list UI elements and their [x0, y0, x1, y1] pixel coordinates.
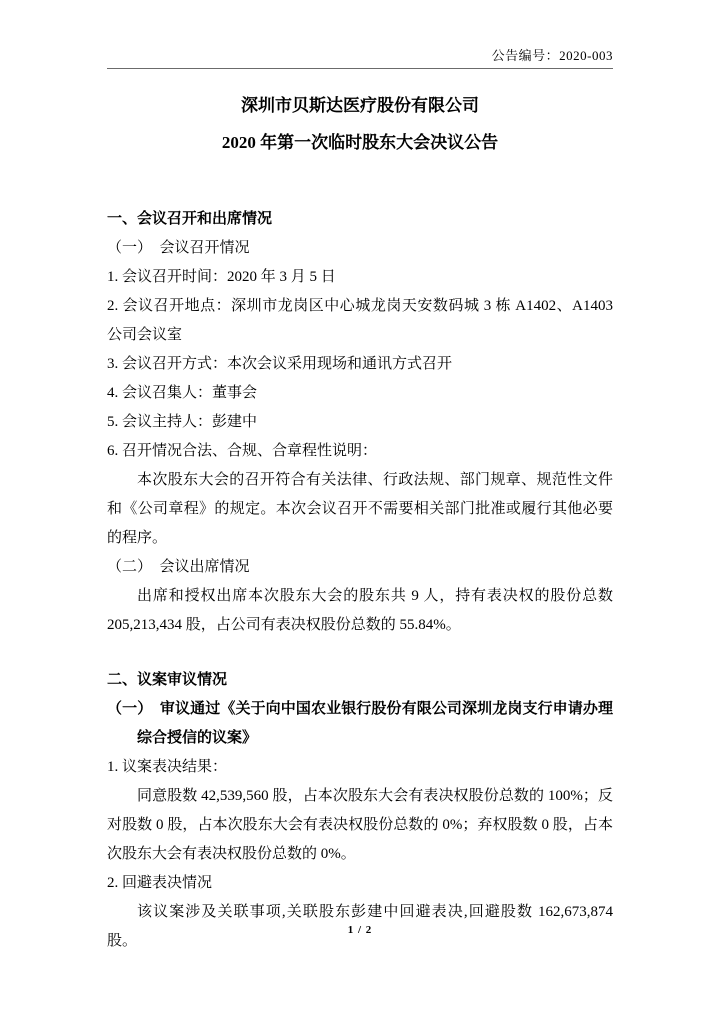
document-content: 公告编号：2020-003 深圳市贝斯达医疗股份有限公司 2020 年第一次临时…: [107, 0, 613, 956]
meeting-convener-item: 4. 会议召集人：董事会: [107, 379, 613, 408]
page-number: 1 / 2: [0, 924, 720, 936]
vote-result-label: 1. 议案表决结果：: [107, 753, 613, 782]
meeting-time-item: 1. 会议召开时间：2020 年 3 月 5 日: [107, 263, 613, 292]
proposal-heading: （一） 审议通过《关于向中国农业银行股份有限公司深圳龙岗支行申请办理综合授信的议…: [107, 695, 613, 753]
announcement-number: 公告编号：2020-003: [107, 46, 613, 66]
meeting-method-item: 3. 会议召开方式：本次会议采用现场和通讯方式召开: [107, 350, 613, 379]
section-1-heading: 一、会议召开和出席情况: [107, 205, 613, 234]
company-name-title: 深圳市贝斯达医疗股份有限公司: [107, 94, 613, 118]
attendance-paragraph: 出席和授权出席本次股东大会的股东共 9 人，持有表决权的股份总数 205,213…: [107, 582, 613, 640]
legality-paragraph: 本次股东大会的召开符合有关法律、行政法规、部门规章、规范性文件和《公司章程》的规…: [107, 466, 613, 553]
document-title: 2020 年第一次临时股东大会决议公告: [107, 131, 613, 155]
subsection-1-1-heading: （一） 会议召开情况: [107, 234, 613, 263]
header-divider: [107, 68, 613, 69]
meeting-place-item: 2. 会议召开地点：深圳市龙岗区中心城龙岗天安数码城 3 栋 A1402、A14…: [107, 292, 613, 350]
legality-statement-item: 6. 召开情况合法、合规、合章程性说明：: [107, 437, 613, 466]
meeting-host-item: 5. 会议主持人：彭建中: [107, 408, 613, 437]
section-2-heading: 二、议案审议情况: [107, 666, 613, 695]
abstention-label: 2. 回避表决情况: [107, 869, 613, 898]
document-page: 公告编号：2020-003 深圳市贝斯达医疗股份有限公司 2020 年第一次临时…: [0, 0, 720, 1018]
vote-result-paragraph: 同意股数 42,539,560 股，占本次股东大会有表决权股份总数的 100%；…: [107, 782, 613, 869]
subsection-1-2-heading: （二） 会议出席情况: [107, 553, 613, 582]
